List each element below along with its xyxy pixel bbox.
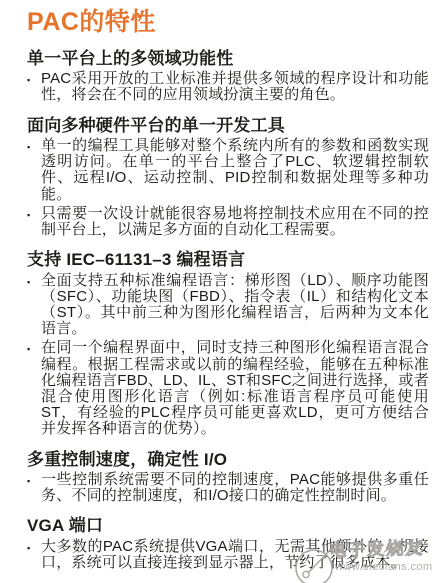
bullet-item: ▪ 大多数的PAC系统提供VGA端口，无需其他额外的人机接口，系统可以直接连接到…	[27, 539, 429, 571]
bullet-text: 全面支持五种标准编程语言：梯形图（LD）、顺序功能图（SFC）、功能块图（FBD…	[41, 273, 429, 338]
section-iec-languages: 支持 IEC–61131–3 编程语言 ▪ 全面支持五种标准编程语言：梯形图（L…	[27, 250, 429, 437]
bullet-text: 一些控制系统需要不同的控制速度，PAC能够提供多重任务、不同的控制速度，和I/O…	[41, 472, 429, 504]
bullet-square-icon: ▪	[27, 138, 41, 155]
bullet-square-icon: ▪	[27, 472, 41, 489]
bullet-text: 只需要一次设计就能很容易地将控制技术应用在不同的控制平台上，以满足多方面的自动化…	[41, 206, 429, 238]
bullet-item: ▪ 全面支持五种标准编程语言：梯形图（LD）、顺序功能图（SFC）、功能块图（F…	[27, 273, 429, 338]
bullet-square-icon: ▪	[27, 273, 41, 290]
bullet-item: ▪ 在同一个编程界面中，同时支持三种图形化编程语言混合编程。根据工程需求或以前的…	[27, 340, 429, 437]
section-multi-domain: 单一平台上的多领域功能性 ▪ PAC采用开放的工业标准并提供多领域的程序设计和功…	[27, 49, 429, 104]
section-heading: 面向多种硬件平台的单一开发工具	[27, 116, 429, 136]
bullet-text: 大多数的PAC系统提供VGA端口，无需其他额外的人机接口，系统可以直接连接到显示…	[41, 539, 429, 571]
section-single-dev-tool: 面向多种硬件平台的单一开发工具 ▪ 单一的编程工具能够对整个系统内所有的参数和函…	[27, 116, 429, 239]
bullet-item: ▪ PAC采用开放的工业标准并提供多领域的程序设计和功能性，将会在不同的应用领域…	[27, 71, 429, 103]
bullet-square-icon: ▪	[27, 539, 41, 556]
document-page: PAC的特性 单一平台上的多领域功能性 ▪ PAC采用开放的工业标准并提供多领域…	[0, 0, 441, 583]
section-vga-port: VGA 端口 ▪ 大多数的PAC系统提供VGA端口，无需其他额外的人机接口，系统…	[27, 516, 429, 571]
page-title: PAC的特性	[27, 8, 429, 37]
bullet-item: ▪ 一些控制系统需要不同的控制速度，PAC能够提供多重任务、不同的控制速度，和I…	[27, 472, 429, 504]
section-heading: 单一平台上的多领域功能性	[27, 49, 429, 69]
section-heading: VGA 端口	[27, 516, 429, 536]
section-control-speed: 多重控制速度，确定性 I/O ▪ 一些控制系统需要不同的控制速度，PAC能够提供…	[27, 450, 429, 505]
section-heading: 支持 IEC–61131–3 编程语言	[27, 250, 429, 270]
bullet-square-icon: ▪	[27, 206, 41, 223]
bullet-item: ▪ 单一的编程工具能够对整个系统内所有的参数和函数实现透明访问。在单一的平台上整…	[27, 138, 429, 203]
section-heading: 多重控制速度，确定性 I/O	[27, 450, 429, 470]
bullet-text: 单一的编程工具能够对整个系统内所有的参数和函数实现透明访问。在单一的平台上整合了…	[41, 138, 429, 203]
bullet-square-icon: ▪	[27, 71, 41, 88]
bullet-text: PAC采用开放的工业标准并提供多领域的程序设计和功能性，将会在不同的应用领域扮演…	[41, 71, 429, 103]
bullet-square-icon: ▪	[27, 340, 41, 357]
bullet-item: ▪ 只需要一次设计就能很容易地将控制技术应用在不同的控制平台上，以满足多方面的自…	[27, 206, 429, 238]
bullet-text: 在同一个编程界面中，同时支持三种图形化编程语言混合编程。根据工程需求或以前的编程…	[41, 340, 429, 437]
